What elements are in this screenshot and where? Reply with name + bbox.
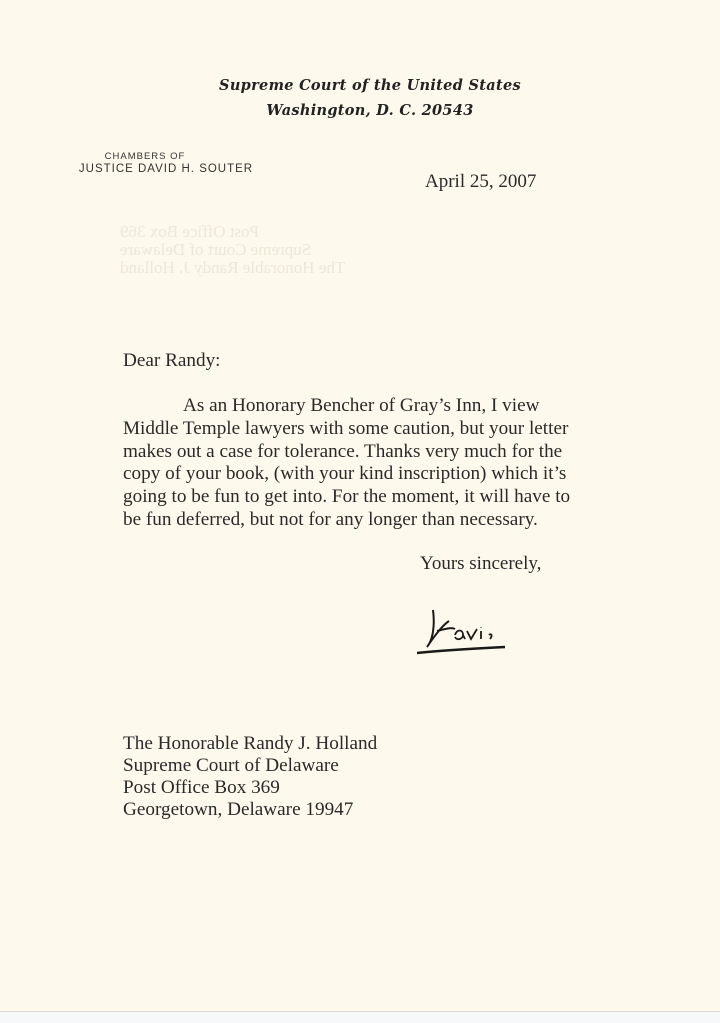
bleed-through-line: Supreme Court of Delaware bbox=[120, 240, 311, 260]
body-line: copy of your book, (with your kind inscr… bbox=[123, 463, 603, 486]
body-line: As an Honorary Bencher of Gray’s Inn, I … bbox=[123, 395, 603, 418]
letter-date: April 25, 2007 bbox=[425, 171, 536, 193]
letterhead-address: Washington, D. C. 20543 bbox=[130, 102, 610, 119]
body-line: going to be fun to get into. For the mom… bbox=[123, 486, 603, 509]
body-line: Middle Temple lawyers with some caution,… bbox=[123, 418, 603, 441]
closing: Yours sincerely, bbox=[420, 553, 541, 575]
recipient-po-box: Post Office Box 369 bbox=[123, 777, 377, 799]
chambers-label: CHAMBERS OF bbox=[45, 151, 245, 162]
recipient-court: Supreme Court of Delaware bbox=[123, 755, 377, 777]
letterhead-court-name: Supreme Court of the United States bbox=[130, 77, 610, 94]
recipient-city: Georgetown, Delaware 19947 bbox=[123, 799, 377, 821]
recipient-name: The Honorable Randy J. Holland bbox=[123, 733, 377, 755]
body-line: be fun deferred, but not for any longer … bbox=[123, 509, 603, 532]
justice-name: JUSTICE DAVID H. SOUTER bbox=[53, 163, 279, 175]
body-line: makes out a case for tolerance. Thanks v… bbox=[123, 441, 603, 464]
letter-body: As an Honorary Bencher of Gray’s Inn, I … bbox=[123, 395, 603, 532]
salutation: Dear Randy: bbox=[123, 350, 221, 373]
bleed-through-line: Post Office Box 369 bbox=[120, 222, 259, 242]
recipient-address: The Honorable Randy J. Holland Supreme C… bbox=[123, 733, 377, 821]
signature bbox=[405, 585, 525, 655]
bleed-through-line: The Honorable Randy J. Holland bbox=[120, 258, 345, 278]
letter-page: Supreme Court of the United States Washi… bbox=[0, 0, 720, 1012]
